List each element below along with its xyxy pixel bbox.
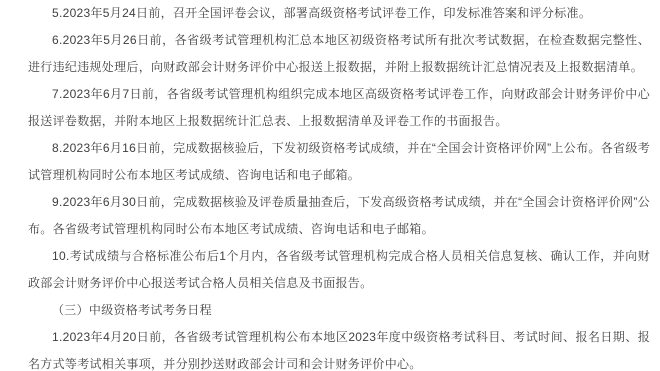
paragraph-item-1: 1.2023年4月20日前，各省级考试管理机构公布本地区2023年度中级资格考试…: [28, 324, 650, 371]
paragraph-item-8: 8.2023年6月16日前，完成数据核验后，下发初级资格考试成绩，并在“全国会计…: [28, 135, 650, 189]
paragraph-item-5: 5.2023年5月24日前，召开全国评卷会议，部署高级资格考试评卷工作，印发标准…: [28, 0, 650, 27]
document-body: 5.2023年5月24日前，召开全国评卷会议，部署高级资格考试评卷工作，印发标准…: [0, 0, 660, 371]
paragraph-item-10: 10.考试成绩与合格标准公布后1个月内，各省级考试管理机构完成合格人员相关信息复…: [28, 243, 650, 297]
paragraph-item-6: 6.2023年5月26日前，各省级考试管理机构汇总本地区初级资格考试所有批次考试…: [28, 27, 650, 81]
paragraph-item-9: 9.2023年6月30日前，完成数据核验及评卷质量抽查后，下发高级资格考试成绩，…: [28, 189, 650, 243]
paragraph-item-7: 7.2023年6月7日前，各省级考试管理机构组织完成本地区高级资格考试评卷工作，…: [28, 81, 650, 135]
section-heading: （三）中级资格考试考务日程: [28, 297, 650, 324]
